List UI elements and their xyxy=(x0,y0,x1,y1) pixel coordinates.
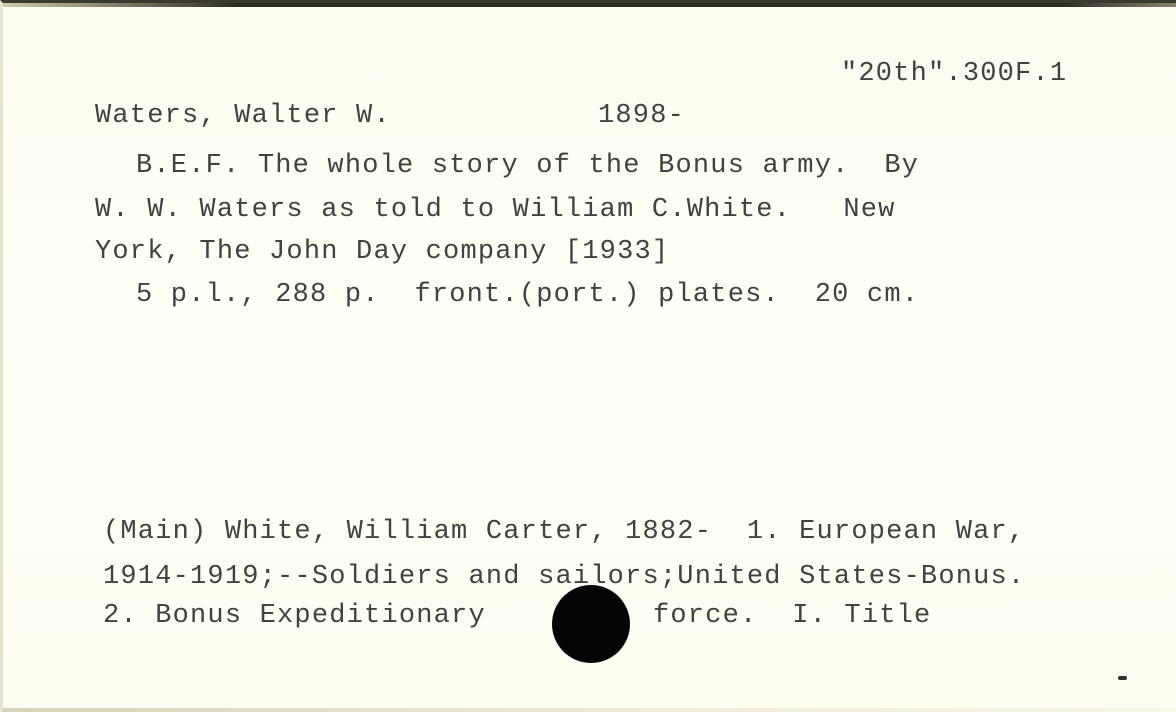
catalog-card: "20th".300F.1 Waters, Walter W. 1898- B.… xyxy=(0,0,1176,712)
author-heading: Waters, Walter W. xyxy=(95,103,391,130)
tracings-line: 2. Bonus Expeditionary xyxy=(103,603,486,630)
punch-hole-icon xyxy=(552,585,630,663)
description-line: B.E.F. The whole story of the Bonus army… xyxy=(136,153,919,180)
description-line: W. W. Waters as told to William C.White.… xyxy=(95,197,896,224)
call-number: "20th".300F.1 xyxy=(841,61,1067,88)
author-dates: 1898- xyxy=(598,103,685,130)
tracings-line: (Main) White, William Carter, 1882- 1. E… xyxy=(103,519,1025,546)
tracings-line: 1914-1919;--Soldiers and sailors;United … xyxy=(103,564,1025,591)
collation-line: 5 p.l., 288 p. front.(port.) plates. 20 … xyxy=(136,282,919,309)
tracings-line: force. I. Title xyxy=(653,603,931,630)
card-bottom-edge xyxy=(3,708,1176,712)
description-line: York, The John Day company [1933] xyxy=(95,239,669,266)
ink-smudge xyxy=(1118,676,1127,680)
card-top-edge xyxy=(3,3,1176,7)
